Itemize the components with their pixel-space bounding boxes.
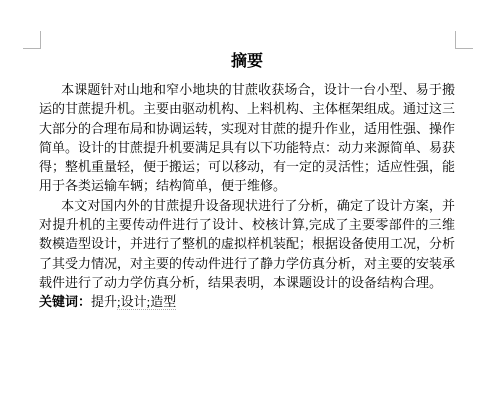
keywords-line[interactable]: 关键词：提升;设计;造型 <box>39 292 455 311</box>
document-page: 摘要 本课题针对山地和窄小地块的甘蔗收获场合，设计一台小型、易于搬运的甘蔗提升机… <box>0 0 500 417</box>
margin-crop-mark-top-left <box>23 31 41 49</box>
margin-crop-mark-top-right <box>455 31 473 49</box>
keyword-first: 提升 <box>91 294 117 309</box>
abstract-title[interactable]: 摘要 <box>39 48 455 76</box>
document-text-area[interactable]: 摘要 本课题针对山地和窄小地块的甘蔗收获场合，设计一台小型、易于搬运的甘蔗提升机… <box>39 48 455 312</box>
abstract-paragraph-2[interactable]: 本文对国内外的甘蔗提升设备现状进行了分析，确定了设计方案，并对提升机的主要传动件… <box>39 196 455 292</box>
keywords-rest: ;设计;造型 <box>117 294 176 310</box>
abstract-paragraph-1[interactable]: 本课题针对山地和窄小地块的甘蔗收获场合，设计一台小型、易于搬运的甘蔗提升机。主要… <box>39 80 455 196</box>
keywords-label: 关键词： <box>39 294 91 309</box>
